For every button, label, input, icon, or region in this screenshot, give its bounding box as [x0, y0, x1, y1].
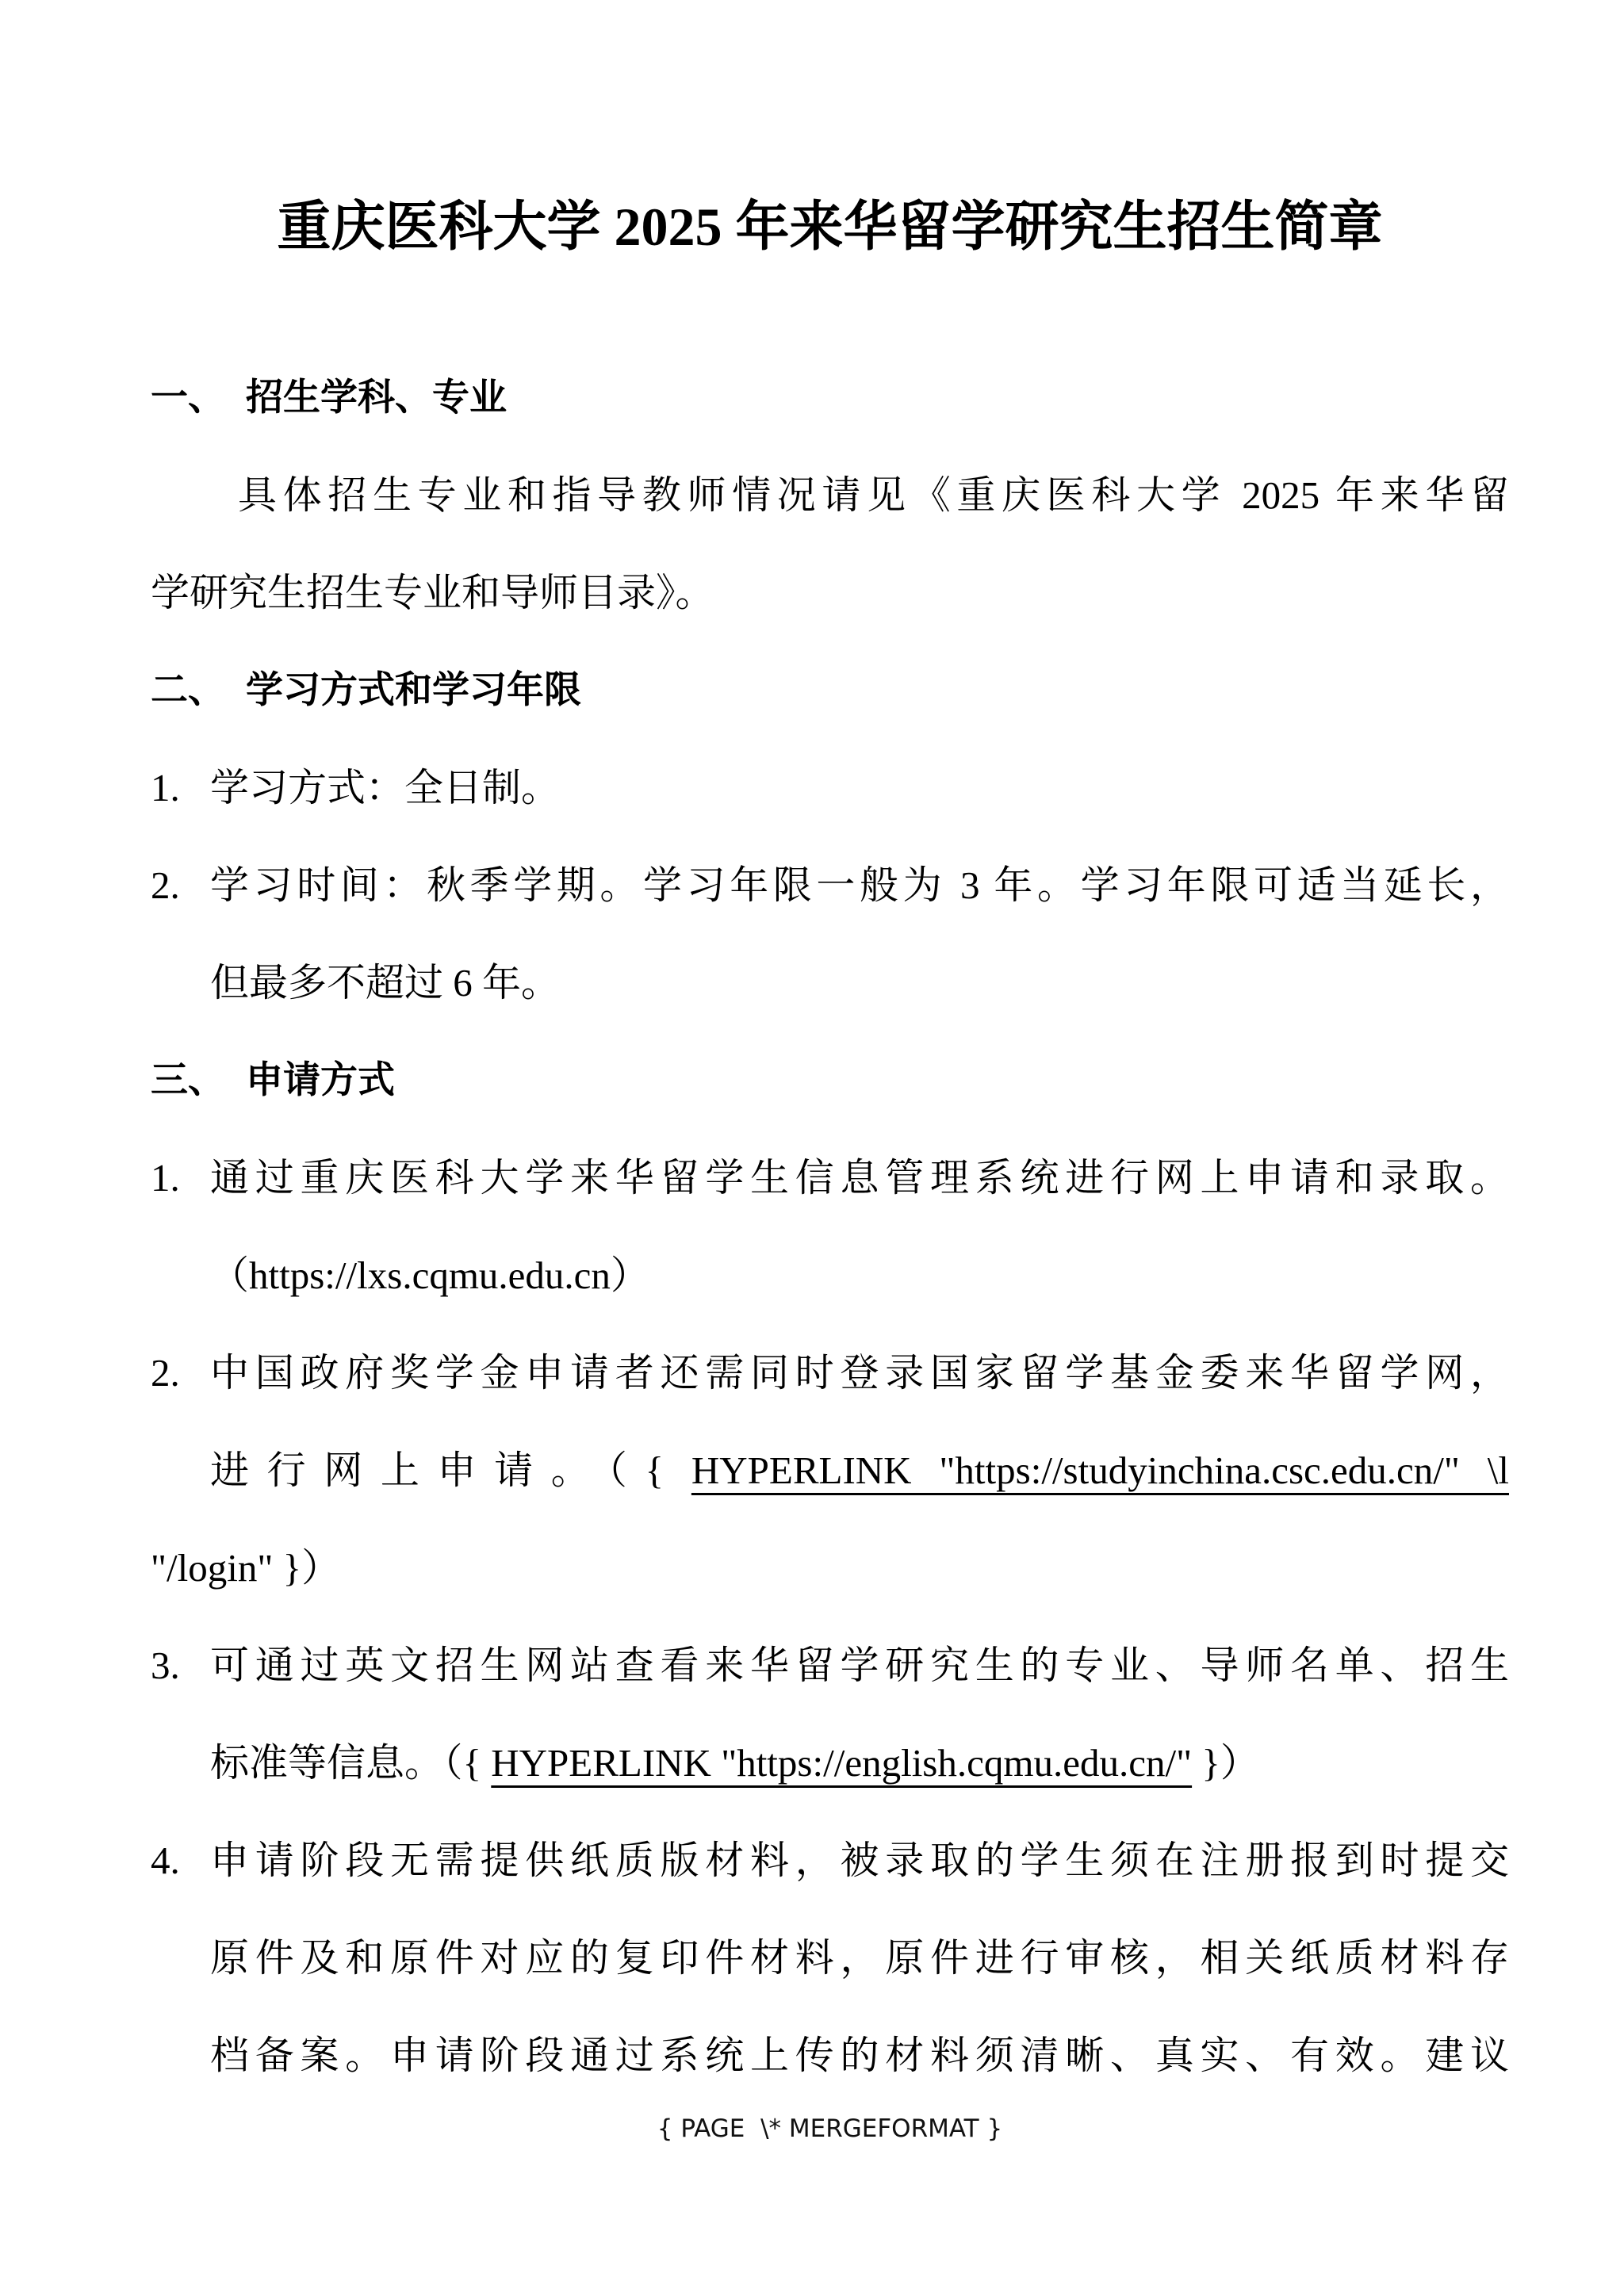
list-item-text: 可通过英文招生网站查看来华留学研究生的专业、导师名单、招生: [151, 1617, 1509, 1714]
field-code-suffix: }）: [1192, 1741, 1259, 1785]
field-code-prefix: 标准等信息。（{: [210, 1741, 491, 1785]
section-2-heading: 二、 学习方式和学习年限: [151, 641, 1509, 739]
list-item: 1. 学习方式：全日制。: [151, 739, 1509, 836]
list-item: 2. 学习时间：秋季学期。学习年限一般为 3 年。学习年限可适当延长，: [151, 836, 1509, 934]
list-item-text: 中国政府奖学金申请者还需同时登录国家留学基金委来华留学网，: [151, 1324, 1509, 1422]
section-1-heading: 一、 招生学科、专业: [151, 349, 1509, 446]
list-item-continuation: 原件及和原件对应的复印件材料，原件进行审核，相关纸质材料存: [151, 1909, 1509, 2007]
list-item-continuation: 但最多不超过 6 年。: [151, 934, 1509, 1031]
section-3-heading: 三、 申请方式: [151, 1031, 1509, 1129]
list-item: 2. 中国政府奖学金申请者还需同时登录国家留学基金委来华留学网，: [151, 1324, 1509, 1422]
field-code-continuation: "/login" }）: [151, 1519, 1509, 1617]
list-item: 1. 通过重庆医科大学来华留学生信息管理系统进行网上申请和录取。: [151, 1129, 1509, 1226]
document-page: 重庆医科大学 2025 年来华留学研究生招生简章 一、 招生学科、专业 具体招生…: [0, 0, 1624, 2296]
list-item-text: 申请阶段无需提供纸质版材料，被录取的学生须在注册报到时提交: [151, 1812, 1509, 1909]
list-item-text: 学习时间：秋季学期。学习年限一般为 3 年。学习年限可适当延长，: [151, 836, 1509, 934]
document-title: 重庆医科大学 2025 年来华留学研究生招生简章: [151, 190, 1509, 263]
list-item: 4. 申请阶段无需提供纸质版材料，被录取的学生须在注册报到时提交: [151, 1812, 1509, 1909]
list-item-text: 学习方式：全日制。: [151, 739, 1509, 836]
list-item-number: 1.: [151, 1129, 180, 1226]
list-item-continuation: 档备案。申请阶段通过系统上传的材料须清晰、真实、有效。建议: [151, 2007, 1509, 2104]
section-2-number: 二、: [151, 641, 225, 739]
section-3-number: 三、: [151, 1031, 225, 1129]
list-item-continuation: 标准等信息。（{ HYPERLINK "https://english.cqmu…: [151, 1714, 1509, 1812]
url-text[interactable]: （https://lxs.cqmu.edu.cn）: [151, 1226, 1509, 1324]
field-code-prefix: 进行网上申请。（{: [210, 1448, 691, 1492]
section-1-paragraph-line-2: 学研究生招生专业和导师目录》。: [151, 544, 1509, 641]
hyperlink-field-studyinchina[interactable]: HYPERLINK "https://studyinchina.csc.edu.…: [691, 1448, 1509, 1492]
section-1-heading-text: 招生学科、专业: [151, 349, 1509, 446]
list-item-continuation: 进行网上申请。（{ HYPERLINK "https://studyinchin…: [151, 1422, 1509, 1519]
section-2-heading-text: 学习方式和学习年限: [151, 641, 1509, 739]
section-1-paragraph-line-1: 具体招生专业和指导教师情况请见《重庆医科大学 2025 年来华留: [151, 446, 1509, 544]
hyperlink-field-english-cqmu[interactable]: HYPERLINK "https://english.cqmu.edu.cn/": [491, 1741, 1192, 1785]
list-item-number: 4.: [151, 1812, 180, 1909]
list-item-number: 2.: [151, 836, 180, 934]
list-item-text: 通过重庆医科大学来华留学生信息管理系统进行网上申请和录取。: [151, 1129, 1509, 1226]
list-item-number: 1.: [151, 739, 180, 836]
list-item-number: 2.: [151, 1324, 180, 1422]
list-item-number: 3.: [151, 1617, 180, 1714]
list-item: 3. 可通过英文招生网站查看来华留学研究生的专业、导师名单、招生: [151, 1617, 1509, 1714]
section-3-heading-text: 申请方式: [151, 1031, 1509, 1129]
page-number-field-footer: { PAGE \* MERGEFORMAT }: [151, 2104, 1509, 2153]
section-1-number: 一、: [151, 349, 225, 446]
